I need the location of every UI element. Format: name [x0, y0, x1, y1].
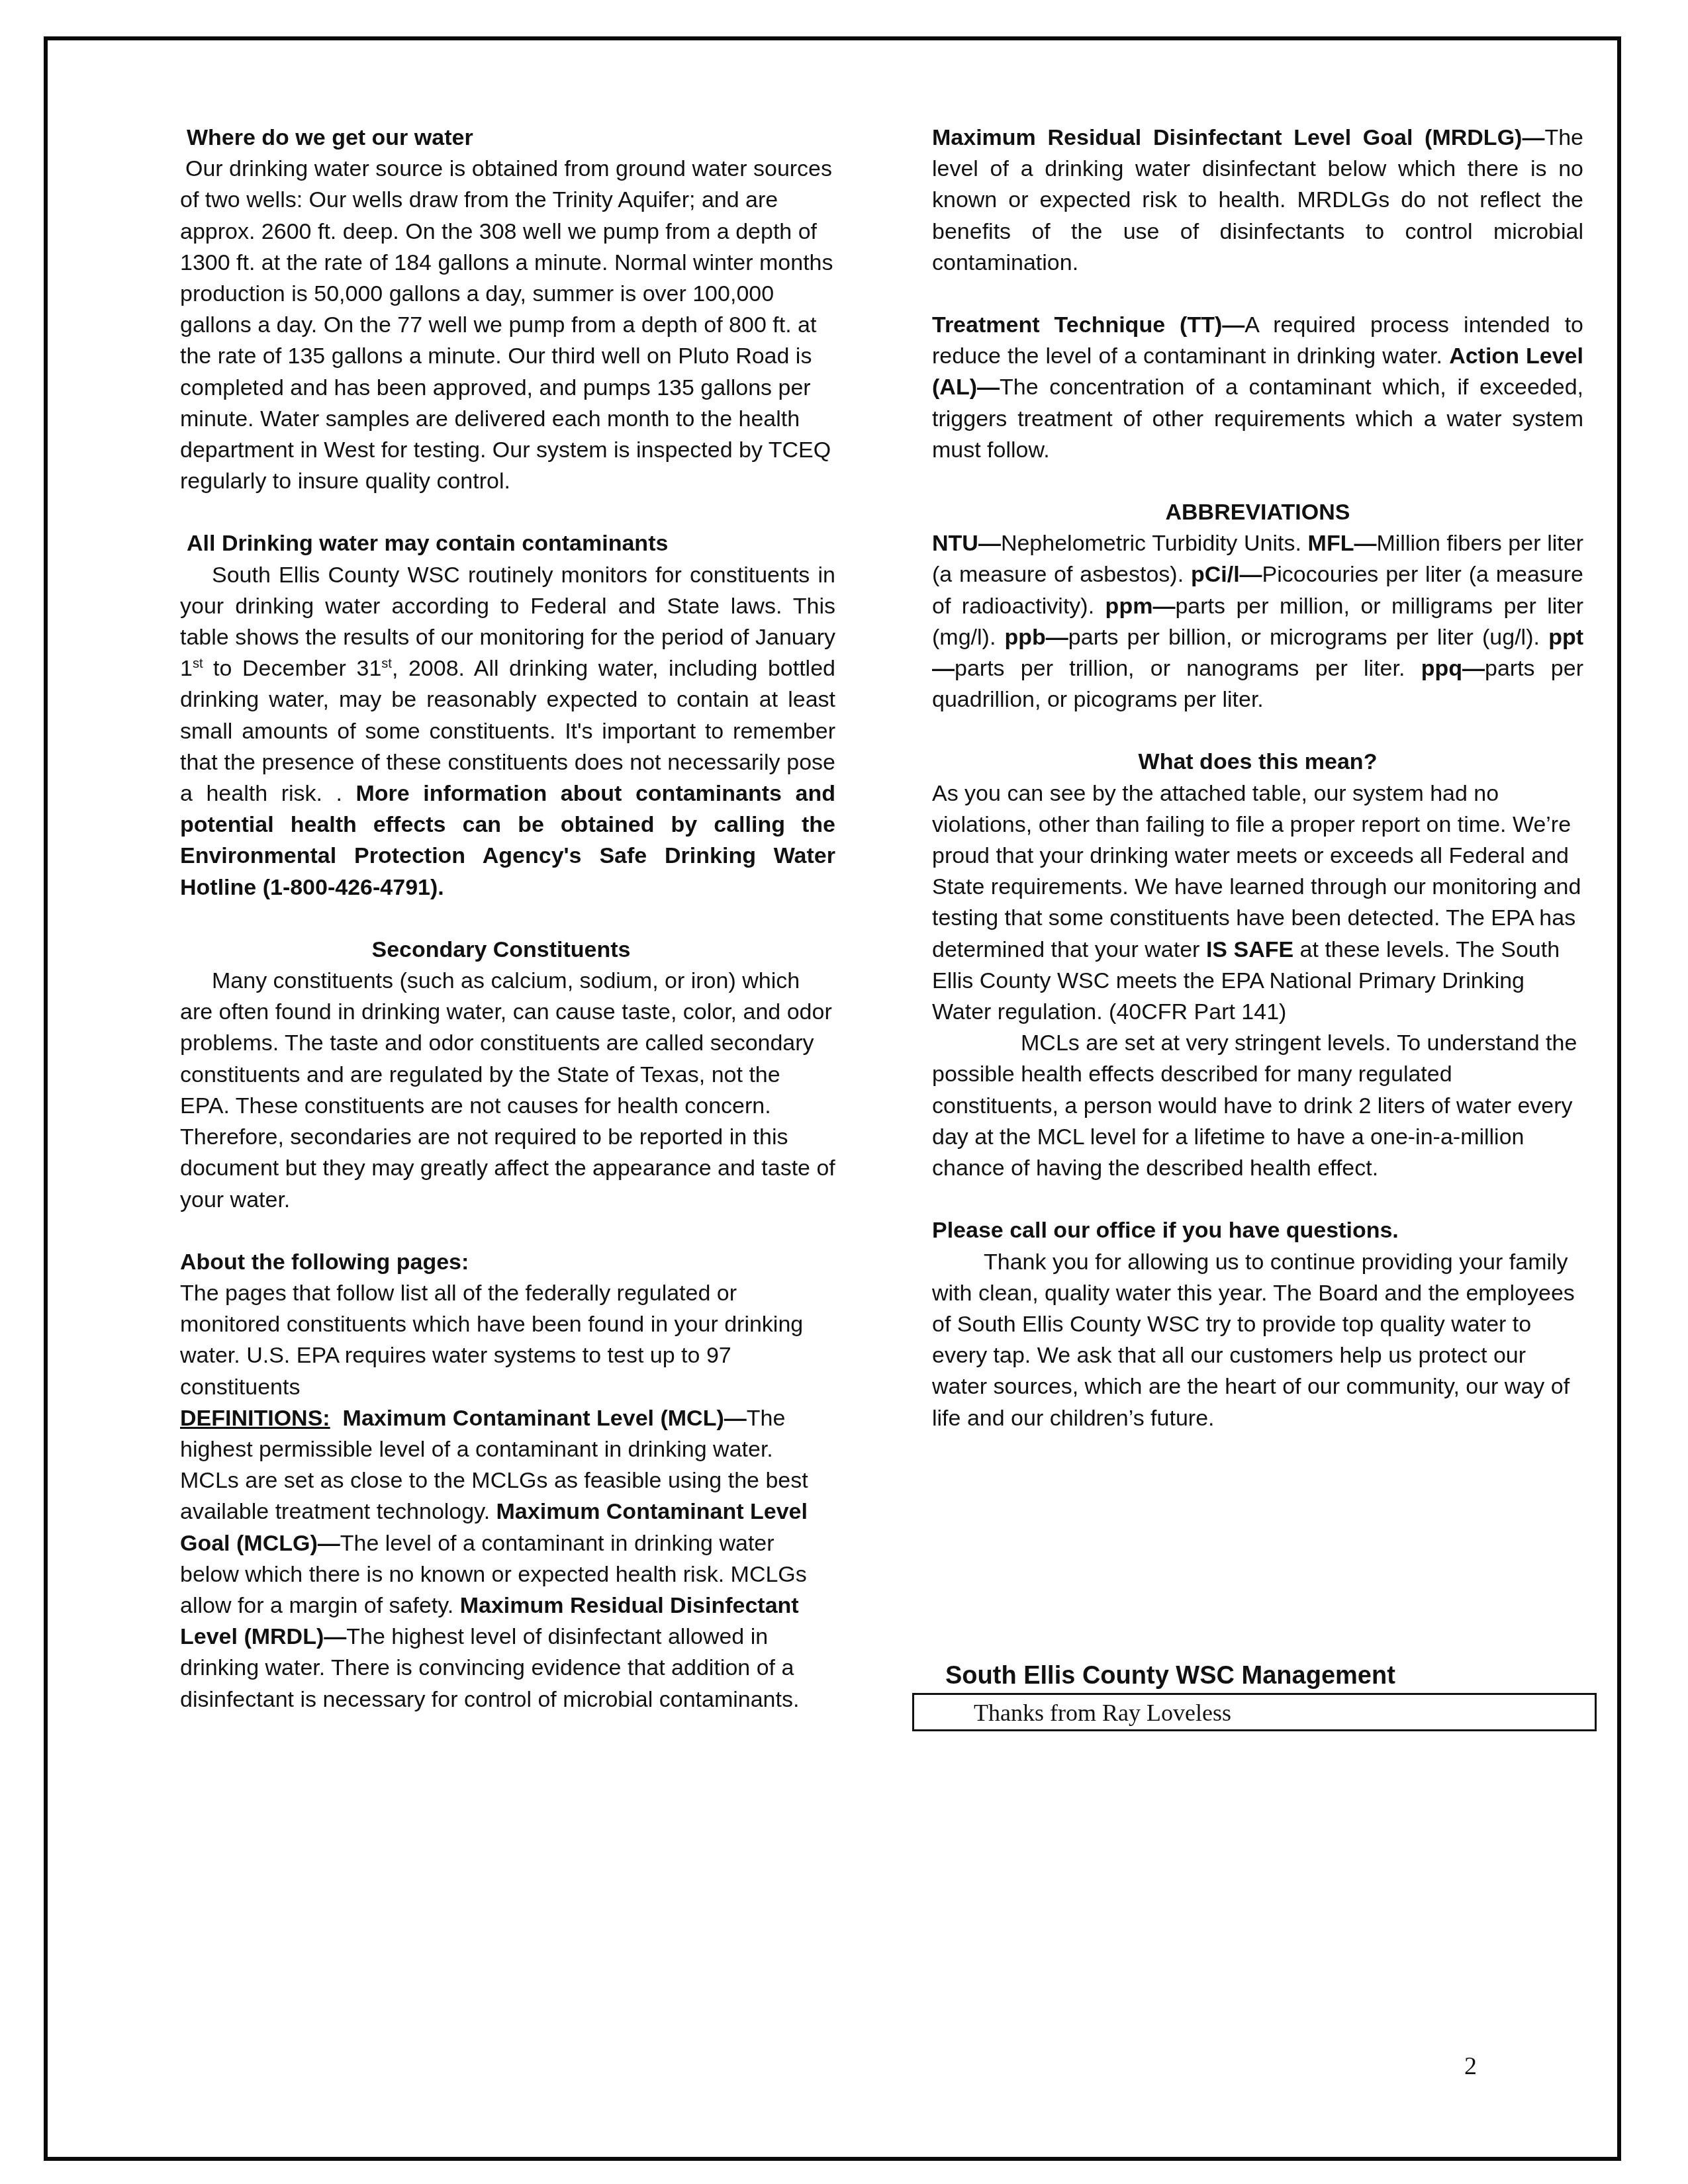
mcl-paragraph: MCLs are set at very stringent levels. T…: [932, 1028, 1583, 1184]
section-secondary: Secondary Constituents Many constituents…: [180, 934, 835, 1216]
contaminants-body: South Ellis County WSC routinely monitor…: [180, 560, 835, 903]
heading-secondary: Secondary Constituents: [180, 934, 835, 966]
left-column: Where do we get our water Our drinking w…: [180, 122, 835, 1715]
tt-term: Treatment Technique (TT)—: [932, 312, 1244, 338]
heading-following-pages: About the following pages:: [180, 1247, 835, 1278]
management-signature-title: South Ellis County WSC Management: [945, 1660, 1395, 1692]
heading-meaning: What does this mean?: [932, 747, 1583, 778]
superscript: st: [193, 657, 203, 671]
is-safe-text: IS SAFE: [1206, 937, 1293, 962]
section-tt-al: Treatment Technique (TT)—A required proc…: [932, 310, 1583, 466]
section-water-source: Where do we get our water Our drinking w…: [180, 122, 835, 497]
heading-abbreviations: ABBREVIATIONS: [932, 497, 1583, 528]
heading-questions: Please call our office if you have quest…: [932, 1215, 1583, 1246]
abbr-definition: parts per billion, or micrograms per lit…: [1068, 625, 1548, 650]
mrdlg-term: Maximum Residual Disinfectant Level Goal…: [932, 125, 1544, 150]
heading-contaminants: All Drinking water may contain contamina…: [180, 528, 835, 559]
abbr-term: ppm—: [1105, 594, 1176, 619]
contaminants-text-2: to December 31: [203, 656, 381, 681]
abbreviations-body: NTU—Nephelometric Turbidity Units. MFL—M…: [932, 528, 1583, 715]
section-questions: Please call our office if you have quest…: [932, 1215, 1583, 1433]
abbr-term: MFL—: [1308, 531, 1377, 556]
abbr-term: ppq—: [1421, 656, 1485, 681]
section-mrdlg: Maximum Residual Disinfectant Level Goal…: [932, 122, 1583, 279]
mcl-term: Maximum Contaminant Level (MCL)—: [343, 1406, 747, 1431]
meaning-body: As you can see by the attached table, ou…: [932, 778, 1583, 1028]
page-number: 2: [1464, 2052, 1477, 2081]
superscript: st: [381, 657, 392, 671]
thanks-text: Thanks from Ray Loveless: [974, 1698, 1231, 1728]
abbr-term: pCi/l—: [1191, 562, 1262, 587]
definitions-body: DEFINITIONS: Maximum Contaminant Level (…: [180, 1403, 835, 1715]
abbr-term: ppb—: [1005, 625, 1068, 650]
definitions-label: DEFINITIONS:: [180, 1406, 330, 1431]
al-definition: The concentration of a contaminant which…: [932, 375, 1583, 462]
tt-al-body: Treatment Technique (TT)—A required proc…: [932, 310, 1583, 466]
right-column: Maximum Residual Disinfectant Level Goal…: [932, 122, 1583, 1434]
heading-water-source: Where do we get our water: [180, 122, 835, 154]
section-abbreviations: ABBREVIATIONS NTU—Nephelometric Turbidit…: [932, 497, 1583, 715]
abbr-term: NTU—: [932, 531, 1001, 556]
secondary-body: Many constituents (such as calcium, sodi…: [180, 966, 835, 1216]
following-pages-body: The pages that follow list all of the fe…: [180, 1278, 835, 1403]
thanks-box: Thanks from Ray Loveless: [912, 1693, 1597, 1731]
abbr-definition: Nephelometric Turbidity Units.: [1001, 531, 1308, 556]
water-source-body: Our drinking water source is obtained fr…: [180, 154, 835, 497]
questions-body: Thank you for allowing us to continue pr…: [932, 1247, 1583, 1434]
abbr-definition: parts per trillion, or nanograms per lit…: [955, 656, 1421, 681]
meaning-text-1: As you can see by the attached table, ou…: [932, 781, 1581, 962]
section-following-pages: About the following pages: The pages tha…: [180, 1247, 835, 1715]
mrdlg-body: Maximum Residual Disinfectant Level Goal…: [932, 122, 1583, 279]
section-contaminants: All Drinking water may contain contamina…: [180, 528, 835, 903]
section-meaning: What does this mean? As you can see by t…: [932, 747, 1583, 1184]
